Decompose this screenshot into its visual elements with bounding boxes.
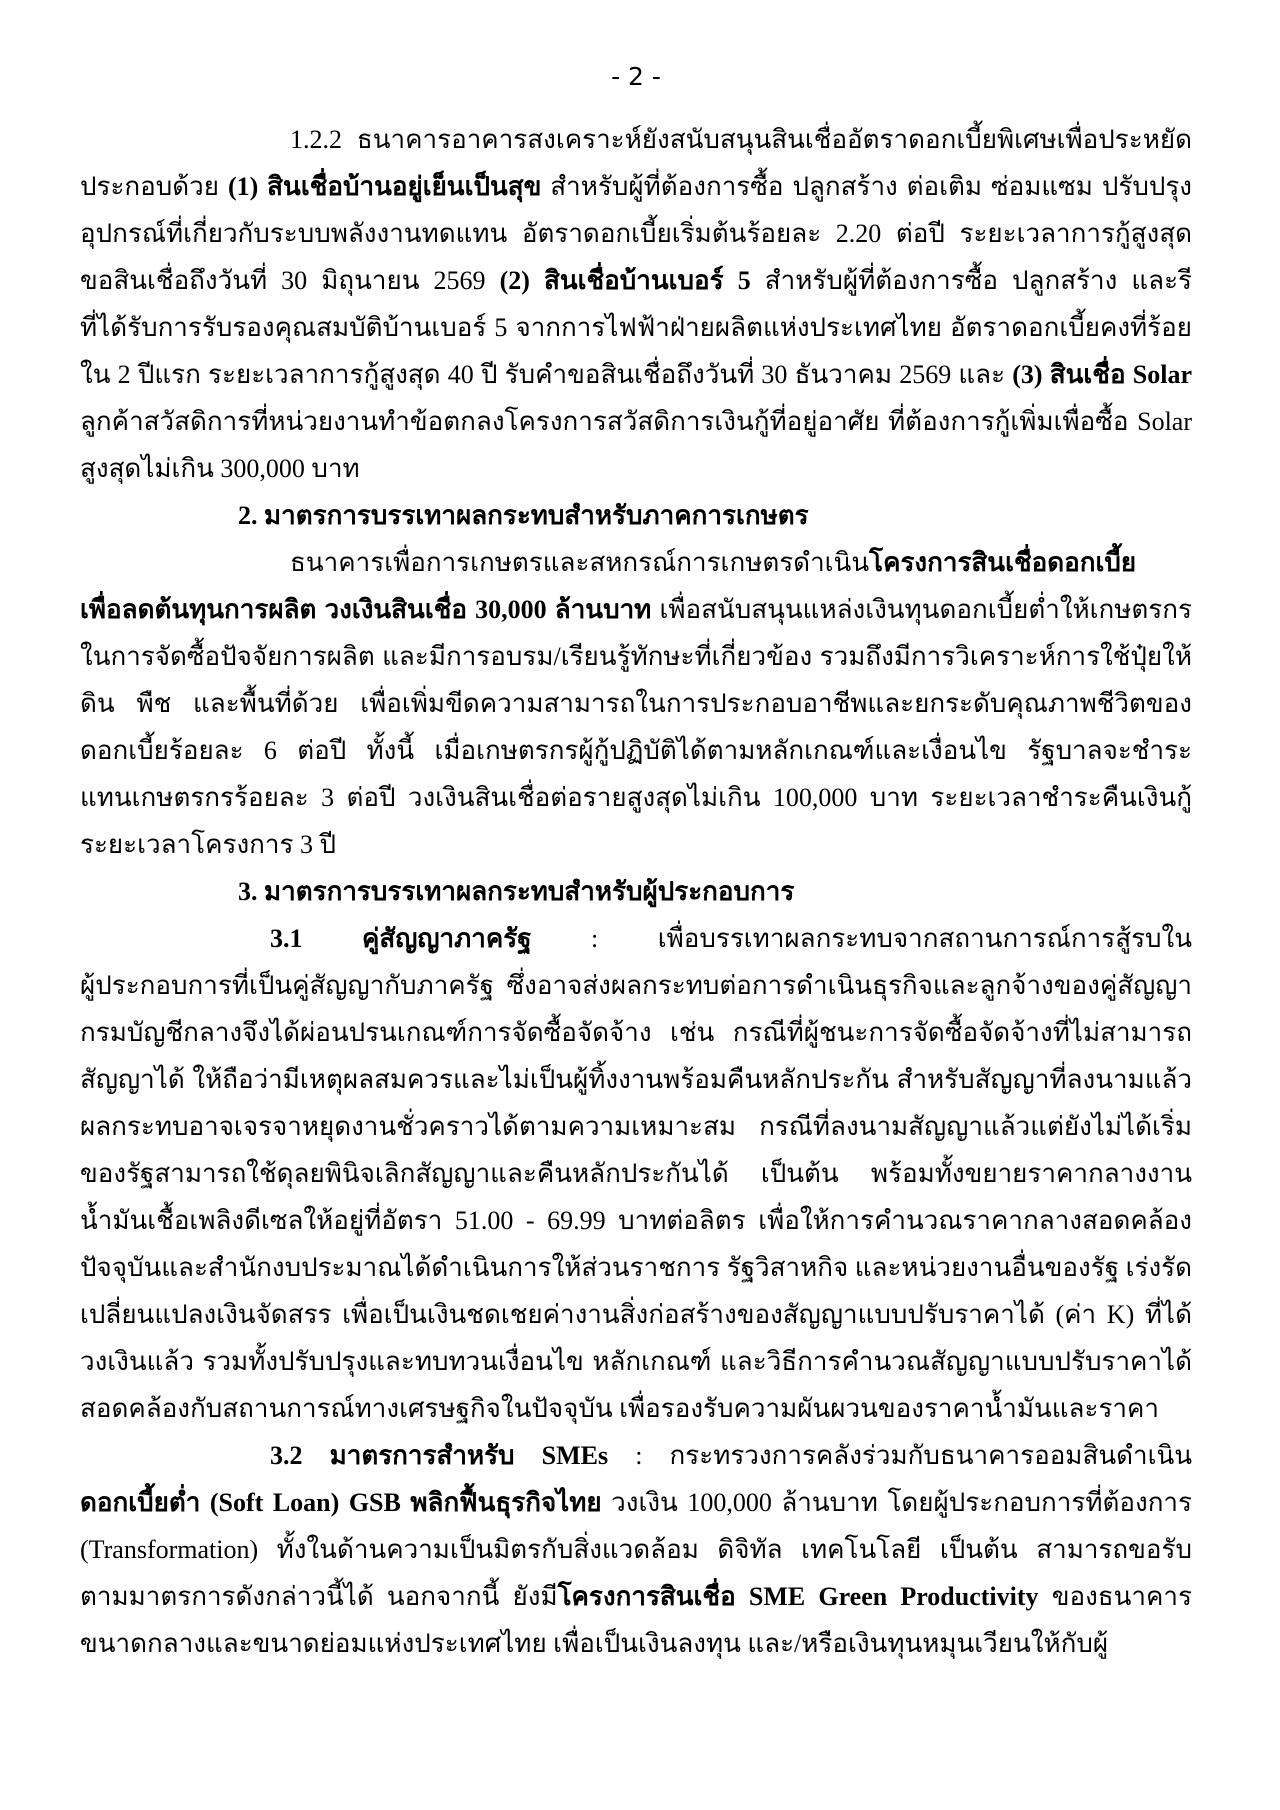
text-run: เปลี่ยนแปลงเงินจัดสรร เพื่อเป็นเงินชดเชย… — [80, 1300, 1192, 1338]
text-run: กรมบัญชีกลางจึงได้ผ่อนปรนเกณฑ์การจัดซื้อ… — [80, 1018, 1192, 1056]
paragraph-3-2-smes-line-2: ดอกเบี้ยต่ำ (Soft Loan) GSB พลิกฟื้นธุรก… — [80, 1479, 1192, 1526]
bold-text-run: เพื่อลดต้นทุนการผลิต วงเงินสินเชื่อ 30,0… — [80, 595, 651, 624]
text-run: น้ำมันเชื้อเพลิงดีเซลให้อยู่ที่อัตรา 51.… — [80, 1206, 1192, 1244]
paragraph-1-2-2-ghbank-line-5: ที่ได้รับการรับรองคุณสมบัติบ้านเบอร์ 5 จ… — [80, 304, 1192, 351]
paragraph-3-1-government-contracts-line-4: สัญญาได้ ให้ถือว่ามีเหตุผลสมควรและไม่เป็… — [80, 1056, 1192, 1103]
text-run: ผู้ประกอบการที่เป็นคู่สัญญากับภาครัฐ ซึ่… — [80, 971, 1192, 1009]
heading-section-3-entrepreneurs: 3. มาตรการบรรเทาผลกระทบสำหรับผู้ประกอบกา… — [80, 868, 1192, 915]
paragraph-3-1-government-contracts-line-9: เปลี่ยนแปลงเงินจัดสรร เพื่อเป็นเงินชดเชย… — [80, 1291, 1192, 1338]
paragraph-1-2-2-ghbank-line-6: ใน 2 ปีแรก ระยะเวลาการกู้สูงสุด 40 ปี รั… — [80, 351, 1192, 398]
paragraph-1-2-2-ghbank-line-8: สูงสุดไม่เกิน 300,000 บาท — [80, 445, 1192, 492]
paragraph-3-1-government-contracts-line-6: ของรัฐสามารถใช้ดุลยพินิจเลิกสัญญาและคืนห… — [80, 1150, 1192, 1197]
text-run: ดิน พืช และพื้นที่ด้วย เพื่อเพิ่มขีดความ… — [80, 689, 1192, 727]
paragraph-1-2-2-ghbank-line-1: 1.2.2 ธนาคารอาคารสงเคราะห์ยังสนับสนุนสิน… — [80, 116, 1192, 163]
text-run: เพื่อสนับสนุนแหล่งเงินทุนดอกเบี้ยต่ำให้เ… — [651, 595, 1192, 624]
paragraph-baac-loan-line-2: เพื่อลดต้นทุนการผลิต วงเงินสินเชื่อ 30,0… — [80, 586, 1192, 633]
page-number: - 2 - — [80, 60, 1192, 94]
text-run: วงเงินแล้ว รวมทั้งปรับปรุงและทบทวนเงื่อน… — [80, 1347, 1192, 1385]
paragraph-3-1-government-contracts-line-3: กรมบัญชีกลางจึงได้ผ่อนปรนเกณฑ์การจัดซื้อ… — [80, 1009, 1192, 1056]
text-run: แทนเกษตรกรร้อยละ 3 ต่อปี วงเงินสินเชื่อต… — [80, 783, 1192, 821]
bold-text-run: 2. มาตรการบรรเทาผลกระทบสำหรับภาคการเกษตร — [238, 501, 809, 530]
paragraph-3-2-smes-line-4: ตามมาตรการดังกล่าวนี้ได้ นอกจากนี้ ยังมี… — [80, 1573, 1192, 1620]
text-run: สูงสุดไม่เกิน 300,000 บาท — [80, 454, 360, 483]
text-run: ตามมาตรการดังกล่าวนี้ได้ นอกจากนี้ ยังมี — [80, 1582, 558, 1611]
document-body: 1.2.2 ธนาคารอาคารสงเคราะห์ยังสนับสนุนสิน… — [80, 116, 1192, 1667]
text-run: : กระทรวงการคลังร่วมกับธนาคารออมสินดำเนิ… — [608, 1441, 1192, 1470]
paragraph-baac-loan-line-3: ในการจัดซื้อปัจจัยการผลิต และมีการอบรม/เ… — [80, 633, 1192, 680]
text-run: ในการจัดซื้อปัจจัยการผลิต และมีการอบรม/เ… — [80, 642, 1192, 680]
text-run: ของรัฐสามารถใช้ดุลยพินิจเลิกสัญญาและคืนห… — [80, 1159, 1192, 1197]
bold-text-run: 3.2 มาตรการสำหรับ SMEs — [270, 1441, 608, 1470]
text-run: ขอสินเชื่อถึงวันที่ 30 มิถุนายน 2569 — [80, 266, 500, 295]
text-run: ระยะเวลาโครงการ 3 ปี — [80, 830, 336, 859]
paragraph-baac-loan-line-4: ดิน พืช และพื้นที่ด้วย เพื่อเพิ่มขีดความ… — [80, 680, 1192, 727]
document-content: - 2 - 1.2.2 ธนาคารอาคารสงเคราะห์ยังสนับส… — [80, 60, 1192, 1667]
bold-text-run: (2) สินเชื่อบ้านเบอร์ 5 — [500, 266, 751, 295]
heading-section-2-agriculture: 2. มาตรการบรรเทาผลกระทบสำหรับภาคการเกษตร — [80, 492, 1192, 539]
text-run: 1.2.2 ธนาคารอาคารสงเคราะห์ยังสนับสนุนสิน… — [290, 125, 1192, 163]
paragraph-3-2-smes-line-1: 3.2 มาตรการสำหรับ SMEs : กระทรวงการคลังร… — [80, 1432, 1192, 1479]
text-run: (Transformation) ทั้งในด้านความเป็นมิตรก… — [80, 1535, 1192, 1573]
text-run: ธนาคารเพื่อการเกษตรและสหกรณ์การเกษตรดำเน… — [290, 548, 869, 577]
paragraph-1-2-2-ghbank-line-7: ลูกค้าสวัสดิการที่หน่วยงานทำข้อตกลงโครงก… — [80, 398, 1192, 445]
paragraph-1-2-2-ghbank-line-2: ประกอบด้วย (1) สินเชื่อบ้านอยู่เย็นเป็นส… — [80, 163, 1192, 210]
text-run: อุปกรณ์ที่เกี่ยวกับระบบพลังงานทดแทน อัตร… — [80, 219, 1192, 257]
paragraph-3-1-government-contracts-line-1: 3.1 คู่สัญญาภาครัฐ : เพื่อบรรเทาผลกระทบจ… — [80, 915, 1192, 962]
text-run: ที่ได้รับการรับรองคุณสมบัติบ้านเบอร์ 5 จ… — [80, 313, 1192, 351]
paragraph-3-1-government-contracts-line-5: ผลกระทบอาจเจรจาหยุดงานชั่วคราวได้ตามความ… — [80, 1103, 1192, 1150]
text-run: ประกอบด้วย — [80, 172, 228, 201]
bold-text-run: (1) สินเชื่อบ้านอยู่เย็นเป็นสุข — [228, 172, 541, 201]
text-run: สัญญาได้ ให้ถือว่ามีเหตุผลสมควรและไม่เป็… — [80, 1065, 1192, 1103]
text-run: ใน 2 ปีแรก ระยะเวลาการกู้สูงสุด 40 ปี รั… — [80, 360, 1012, 389]
paragraph-1-2-2-ghbank-line-4: ขอสินเชื่อถึงวันที่ 30 มิถุนายน 2569 (2)… — [80, 257, 1192, 304]
bold-text-run: ดอกเบี้ยต่ำ (Soft Loan) GSB พลิกฟื้นธุรก… — [80, 1488, 602, 1517]
paragraph-3-1-government-contracts-line-2: ผู้ประกอบการที่เป็นคู่สัญญากับภาครัฐ ซึ่… — [80, 962, 1192, 1009]
paragraph-3-1-government-contracts-line-8: ปัจจุบันและสำนักงบประมาณได้ดำเนินการให้ส… — [80, 1244, 1192, 1291]
paragraph-baac-loan-line-1: ธนาคารเพื่อการเกษตรและสหกรณ์การเกษตรดำเน… — [80, 539, 1192, 586]
paragraph-baac-loan-line-5: ดอกเบี้ยร้อยละ 6 ต่อปี ทั้งนี้ เมื่อเกษต… — [80, 727, 1192, 774]
paragraph-3-1-government-contracts-line-10: วงเงินแล้ว รวมทั้งปรับปรุงและทบทวนเงื่อน… — [80, 1338, 1192, 1385]
text-run: ดอกเบี้ยร้อยละ 6 ต่อปี ทั้งนี้ เมื่อเกษต… — [80, 736, 1192, 774]
text-run: ผลกระทบอาจเจรจาหยุดงานชั่วคราวได้ตามความ… — [80, 1112, 1192, 1150]
paragraph-3-2-smes-line-3: (Transformation) ทั้งในด้านความเป็นมิตรก… — [80, 1526, 1192, 1573]
paragraph-baac-loan-line-6: แทนเกษตรกรร้อยละ 3 ต่อปี วงเงินสินเชื่อต… — [80, 774, 1192, 821]
paragraph-3-1-government-contracts-line-7: น้ำมันเชื้อเพลิงดีเซลให้อยู่ที่อัตรา 51.… — [80, 1197, 1192, 1244]
bold-text-run: 3. มาตรการบรรเทาผลกระทบสำหรับผู้ประกอบกา… — [238, 877, 794, 906]
bold-text-run: 3.1 คู่สัญญาภาครัฐ — [270, 924, 532, 953]
text-run: สอดคล้องกับสถานการณ์ทางเศรษฐกิจในปัจจุบั… — [80, 1394, 1159, 1432]
document-page: - 2 - 1.2.2 ธนาคารอาคารสงเคราะห์ยังสนับส… — [0, 0, 1280, 1810]
paragraph-1-2-2-ghbank-line-3: อุปกรณ์ที่เกี่ยวกับระบบพลังงานทดแทน อัตร… — [80, 210, 1192, 257]
text-run: ลูกค้าสวัสดิการที่หน่วยงานทำข้อตกลงโครงก… — [80, 407, 1192, 445]
paragraph-3-2-smes-line-5: ขนาดกลางและขนาดย่อมแห่งประเทศไทย เพื่อเป… — [80, 1620, 1192, 1667]
bold-text-run: โครงการสินเชื่อ SME Green Productivity — [558, 1582, 1039, 1611]
text-run: ปัจจุบันและสำนักงบประมาณได้ดำเนินการให้ส… — [80, 1253, 1192, 1291]
paragraph-3-1-government-contracts-line-11: สอดคล้องกับสถานการณ์ทางเศรษฐกิจในปัจจุบั… — [80, 1385, 1192, 1432]
paragraph-baac-loan-line-7: ระยะเวลาโครงการ 3 ปี — [80, 821, 1192, 868]
text-run: ขนาดกลางและขนาดย่อมแห่งประเทศไทย เพื่อเป… — [80, 1629, 1108, 1667]
